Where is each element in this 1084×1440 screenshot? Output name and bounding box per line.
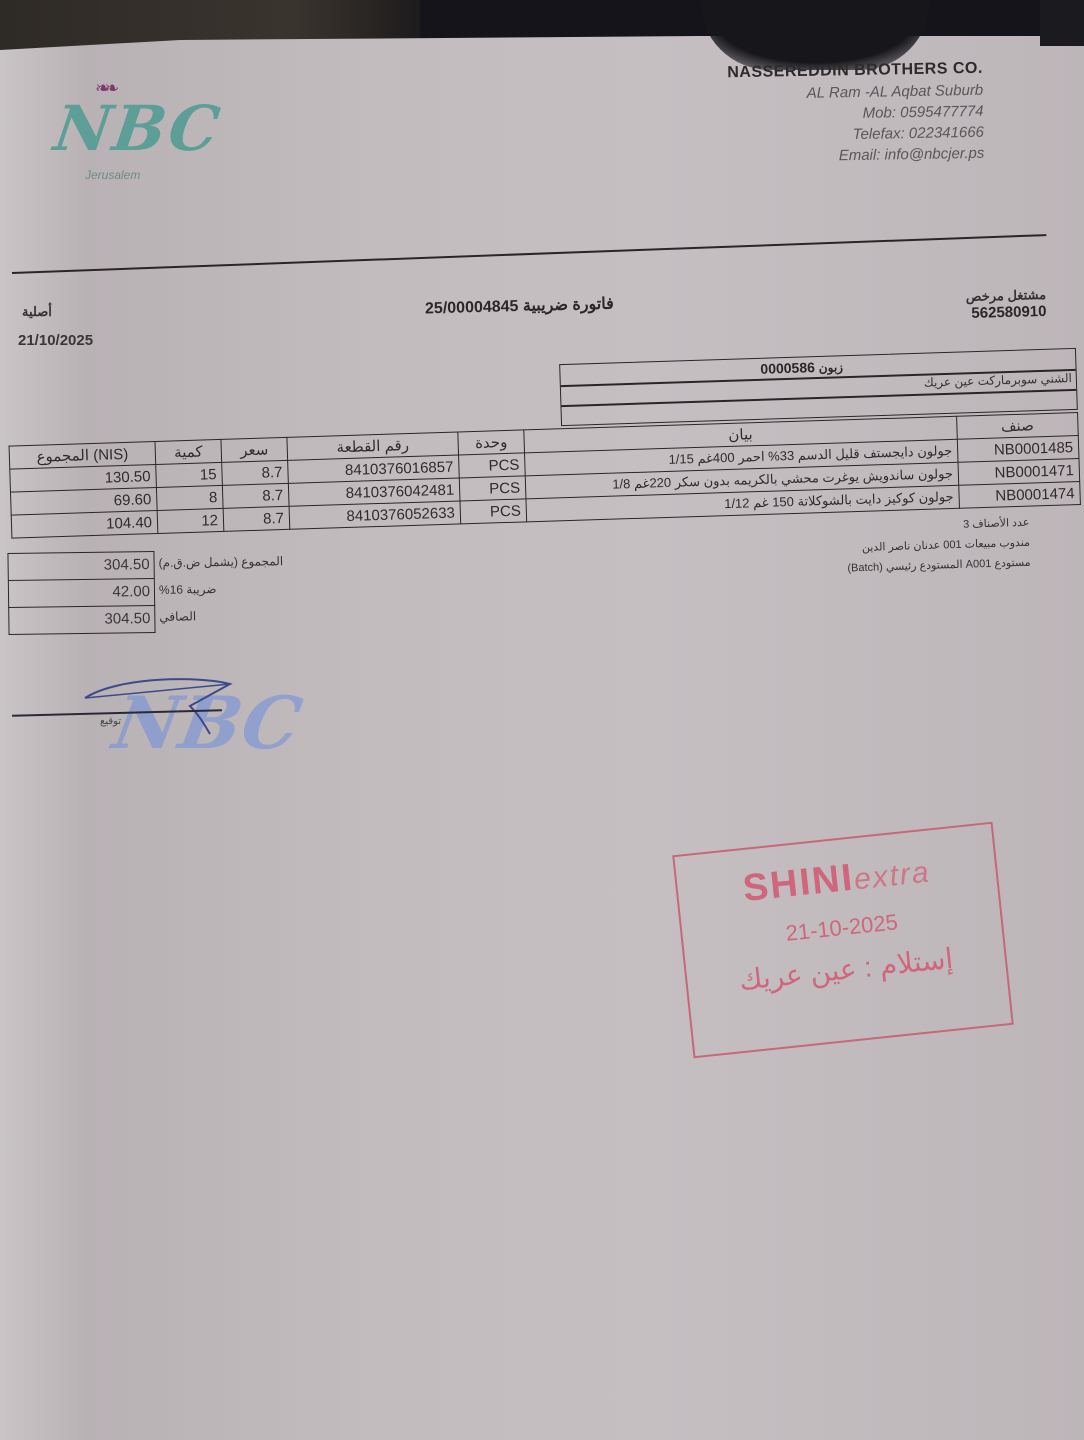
totals-label: ضريبة 16% — [159, 582, 217, 597]
totals-row: 304.50المجموع (يشمل ض.ق.م) — [7, 551, 154, 581]
row-qty: 15 — [156, 462, 223, 487]
invoice-date: 21/10/2025 — [18, 332, 93, 349]
row-qty: 12 — [157, 508, 224, 533]
totals-row: 42.00ضريبة 16% — [8, 579, 155, 608]
signature-scribble — [80, 676, 240, 736]
customer-label: زبون — [819, 360, 844, 375]
receipt-stamp: SHINIextra 21-10-2025 إستلام : عين عريك — [672, 822, 1014, 1059]
licensed-dealer: مشتغل مرخص 562580910 — [966, 287, 1047, 322]
totals-value: 304.50 — [104, 556, 150, 574]
header-unit: وحدة — [458, 430, 525, 455]
row-price: 8.7 — [222, 460, 289, 485]
camera-shadow — [700, 0, 930, 70]
invoice-title: فاتورة ضريبية — [523, 296, 614, 315]
company-logo: ❧❧ NBC Jerusalem — [45, 78, 215, 188]
row-item-code: NB0001474 — [959, 481, 1081, 508]
company-mobile: Mob: 0595477774 — [728, 103, 984, 124]
row-barcode: 8410376052633 — [289, 501, 461, 529]
licensed-dealer-number: 562580910 — [966, 303, 1047, 322]
company-telefax: Telefax: 022341666 — [729, 124, 985, 145]
company-header: NASSEREDDIN BROTHERS CO. AL Ram -AL Aqba… — [728, 60, 985, 166]
row-price: 8.7 — [223, 506, 290, 531]
totals-value: 304.50 — [104, 610, 150, 628]
logo-text: NBC — [50, 92, 226, 165]
row-unit: PCS — [460, 499, 527, 524]
signature-label: توقيع — [100, 716, 121, 727]
invoice-number: 25/00004845 — [425, 298, 519, 317]
row-qty: 8 — [156, 485, 223, 510]
summary-info: عدد الأصناف 3 مندوب مبيعات 001 عدنان ناص… — [819, 513, 1031, 580]
totals-label: الصافي — [159, 609, 196, 624]
background-corner — [1040, 0, 1084, 46]
row-unit: PCS — [459, 453, 526, 478]
row-total: 104.40 — [11, 510, 158, 538]
totals-label: المجموع (يشمل ض.ق.م) — [158, 554, 283, 570]
totals-row: 304.50الصافي — [8, 606, 155, 635]
header-qty: كمية — [155, 439, 222, 464]
totals-value: 42.00 — [112, 583, 150, 601]
totals-block: 304.50المجموع (يشمل ض.ق.م)42.00ضريبة 16%… — [7, 551, 153, 635]
row-unit: PCS — [459, 476, 526, 501]
customer-code: زبون 0000586 — [760, 358, 843, 377]
logo-subtitle: Jerusalem — [85, 168, 140, 182]
copy-label: أصلية — [22, 304, 52, 320]
company-name: NASSEREDDIN BROTHERS CO. — [728, 60, 984, 82]
company-address: AL Ram -AL Aqbat Suburb — [728, 82, 984, 103]
row-price: 8.7 — [222, 483, 289, 508]
header-price: سعر — [221, 437, 288, 462]
